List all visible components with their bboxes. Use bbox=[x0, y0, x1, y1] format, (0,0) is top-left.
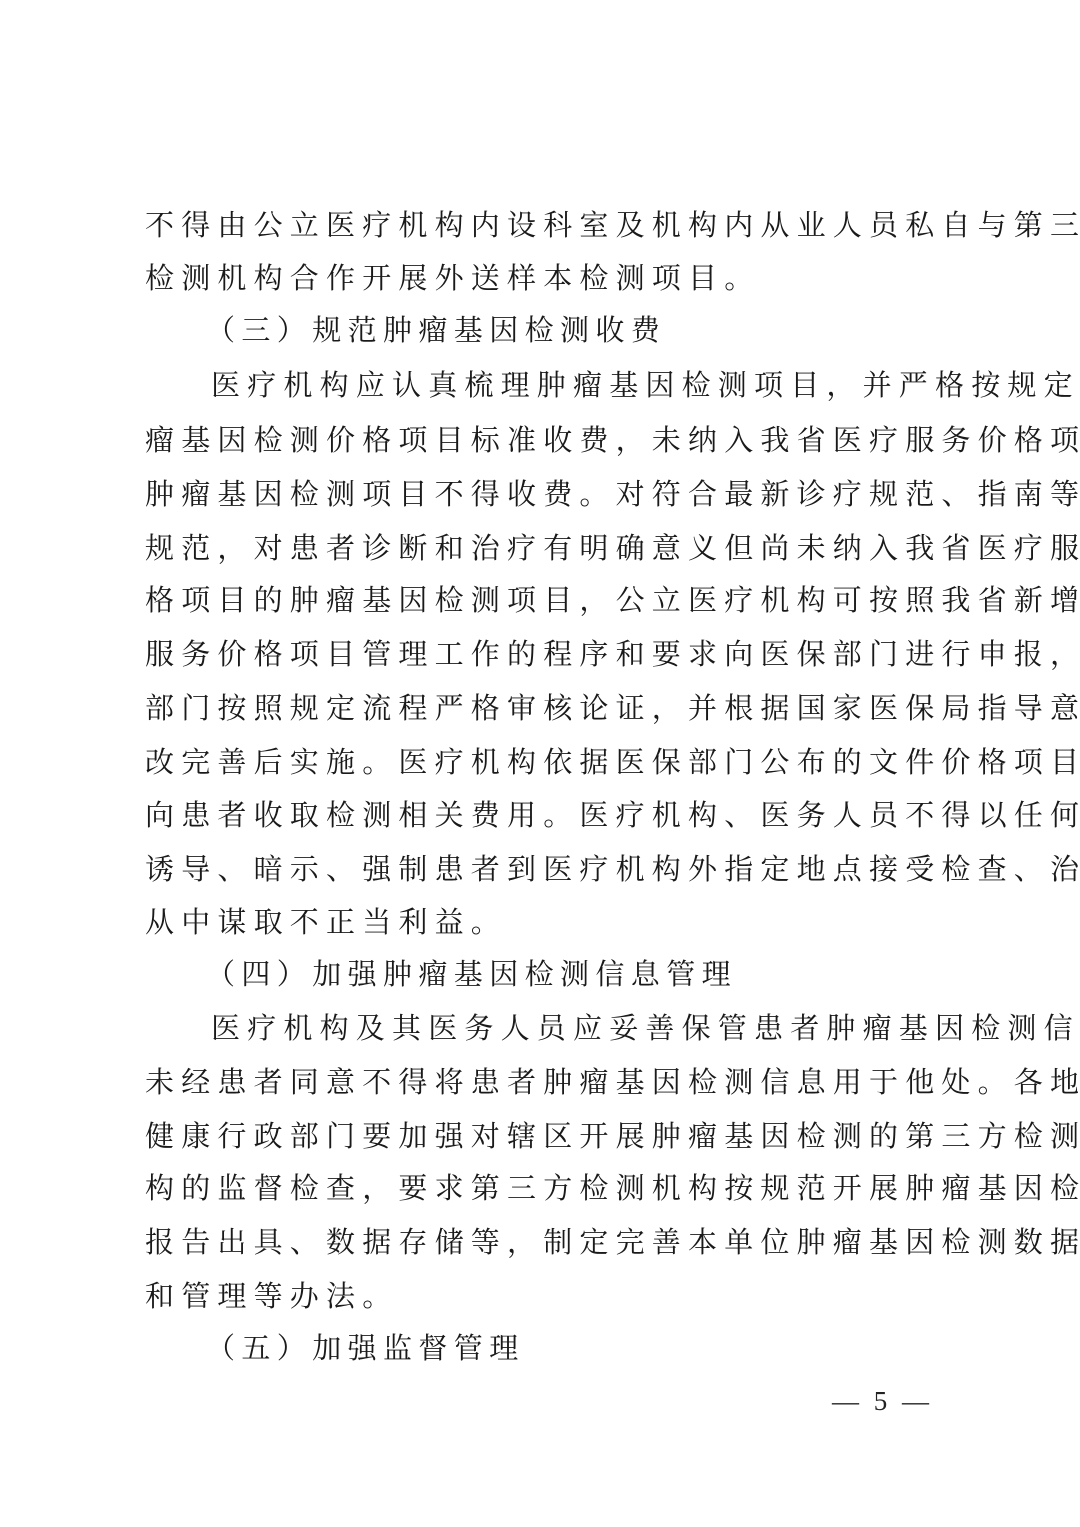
body-line: 报告出具、数据存储等，制定完善本单位肿瘤基因检测数据使用 bbox=[145, 1215, 965, 1269]
section-heading-3: （三）规范肿瘤基因检测收费 bbox=[206, 303, 1026, 357]
body-line: 瘤基因检测价格项目标准收费，未纳入我省医疗服务价格项目的 bbox=[145, 413, 965, 467]
body-line: 服务价格项目管理工作的程序和要求向医保部门进行申报，医保 bbox=[145, 627, 965, 681]
body-line: 和管理等办法。 bbox=[145, 1269, 965, 1323]
body-line: 检测机构合作开展外送样本检测项目。 bbox=[145, 251, 965, 305]
body-line: 诱导、暗示、强制患者到医疗机构外指定地点接受检查、治疗， bbox=[145, 842, 965, 896]
document-page: 不得由公立医疗机构内设科室及机构内从业人员私自与第三方 检测机构合作开展外送样本… bbox=[0, 0, 1080, 1527]
body-line: 从中谋取不正当利益。 bbox=[145, 895, 965, 949]
body-line: 肿瘤基因检测项目不得收费。对符合最新诊疗规范、指南等相关 bbox=[145, 467, 965, 521]
section-heading-5: （五）加强监督管理 bbox=[206, 1321, 1026, 1375]
body-line: 构的监督检查，要求第三方检测机构按规范开展肿瘤基因检测、 bbox=[145, 1161, 965, 1215]
body-line: 部门按照规定流程严格审核论证，并根据国家医保局指导意见修 bbox=[145, 681, 965, 735]
section-heading-4: （四）加强肿瘤基因检测信息管理 bbox=[206, 947, 1026, 1001]
body-line: 改完善后实施。医疗机构依据医保部门公布的文件价格项目标准 bbox=[145, 735, 965, 789]
body-line: 健康行政部门要加强对辖区开展肿瘤基因检测的第三方检测机 bbox=[145, 1109, 965, 1163]
page-number: — 5 — bbox=[832, 1382, 933, 1420]
paragraph-first-line: 医疗机构应认真梳理肿瘤基因检测项目，并严格按规定的肿 bbox=[211, 358, 1031, 412]
paragraph-first-line: 医疗机构及其医务人员应妥善保管患者肿瘤基因检测信息， bbox=[211, 1001, 1031, 1055]
body-line: 未经患者同意不得将患者肿瘤基因检测信息用于他处。各地卫生 bbox=[145, 1055, 965, 1109]
body-line: 向患者收取检测相关费用。医疗机构、医务人员不得以任何形式 bbox=[145, 788, 965, 842]
body-line: 不得由公立医疗机构内设科室及机构内从业人员私自与第三方 bbox=[145, 198, 965, 252]
body-line: 格项目的肿瘤基因检测项目，公立医疗机构可按照我省新增医疗 bbox=[145, 573, 965, 627]
body-line: 规范，对患者诊断和治疗有明确意义但尚未纳入我省医疗服务价 bbox=[145, 521, 965, 575]
